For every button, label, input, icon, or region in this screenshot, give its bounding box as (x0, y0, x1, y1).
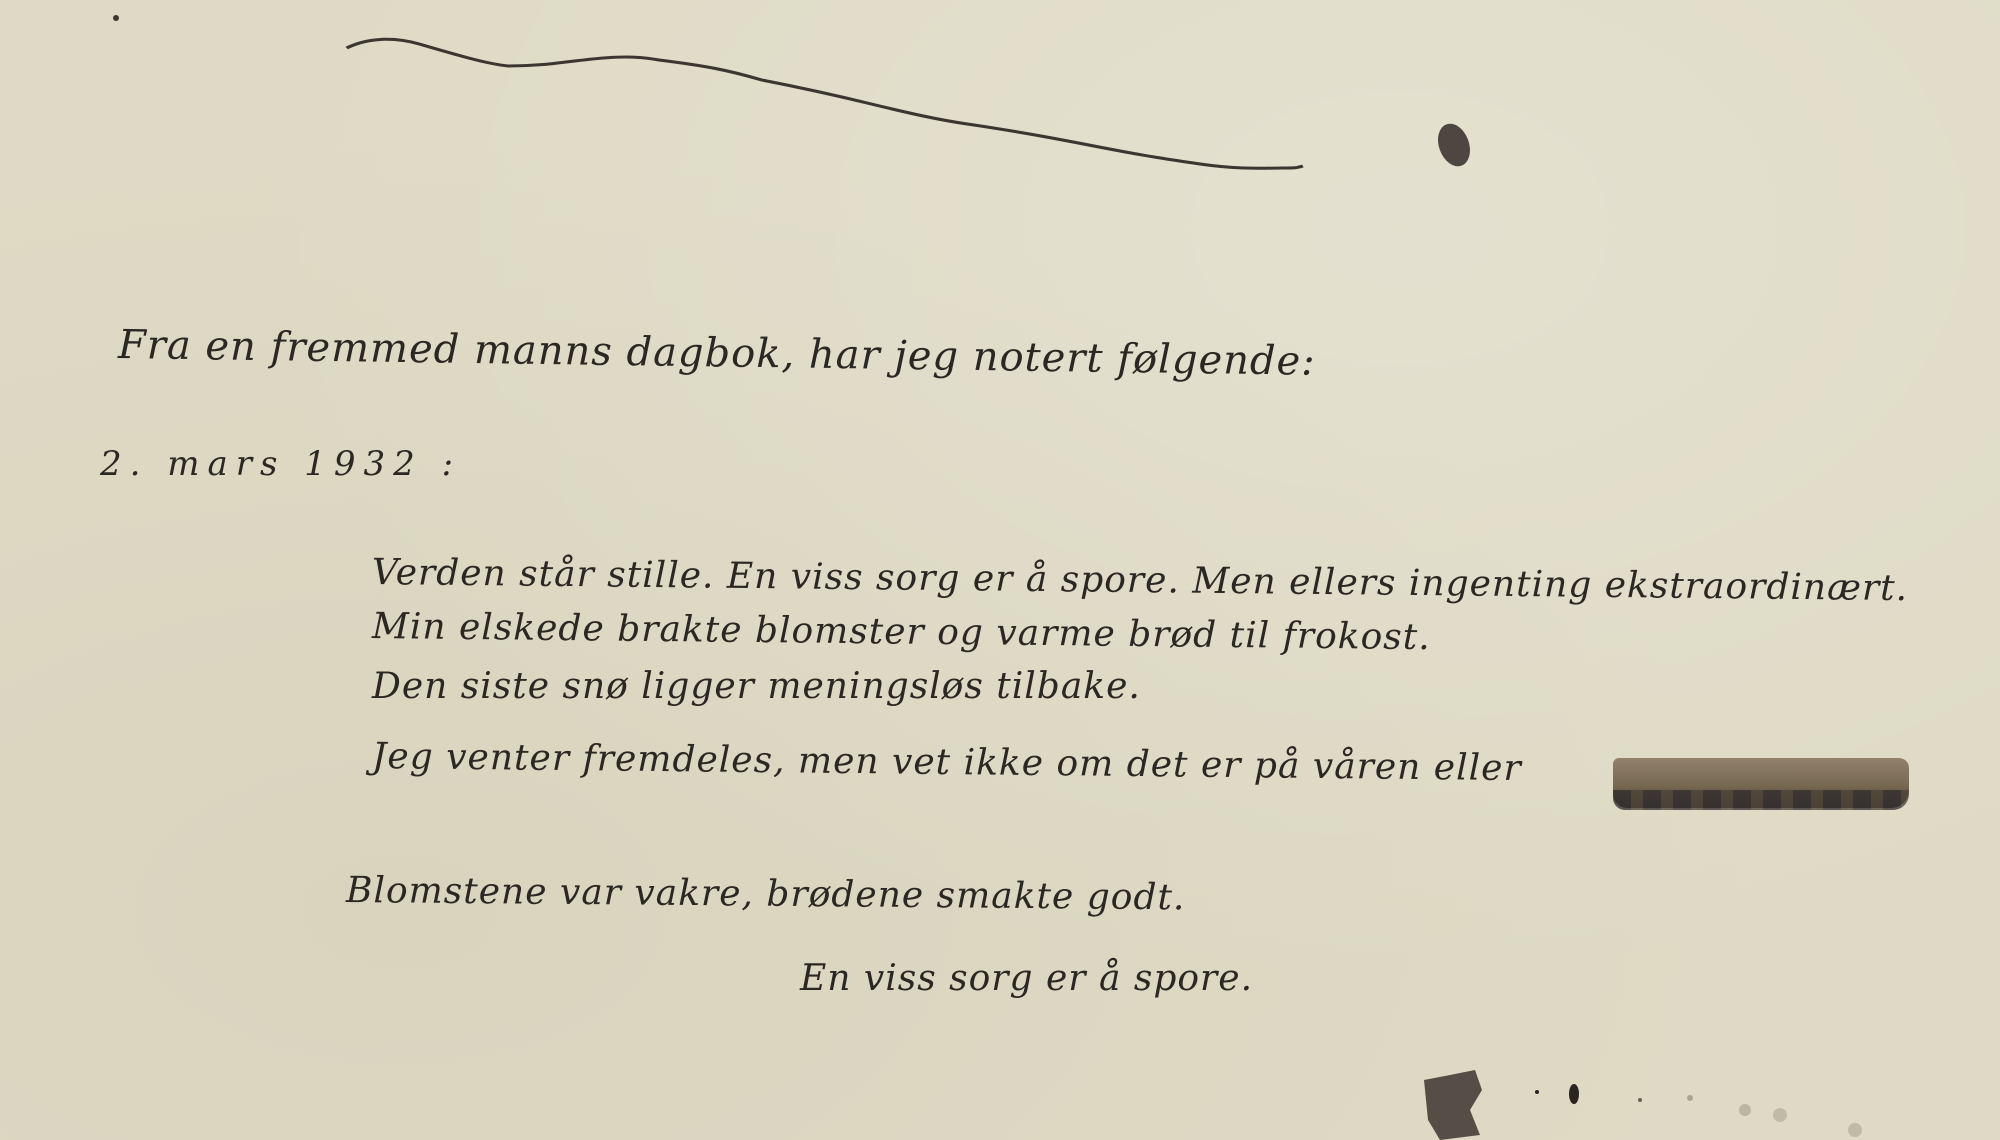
wavy-ink-line (347, 39, 1303, 168)
entry-date: 2. mars 1932 : (100, 444, 461, 484)
ink-speck (113, 15, 119, 21)
ink-blot-redaction-edge (1613, 790, 1909, 810)
closing-line-1: Blomstene var vakre, brødene smakte godt… (346, 870, 1186, 918)
ink-smudges-bottom (1424, 1070, 1862, 1140)
entry-line-3: Den siste snø ligger meningsløs tilbake. (372, 666, 1141, 707)
ink-blot-top (1432, 119, 1475, 171)
closing-line-2: En viss sorg er å spore. (800, 958, 1253, 999)
